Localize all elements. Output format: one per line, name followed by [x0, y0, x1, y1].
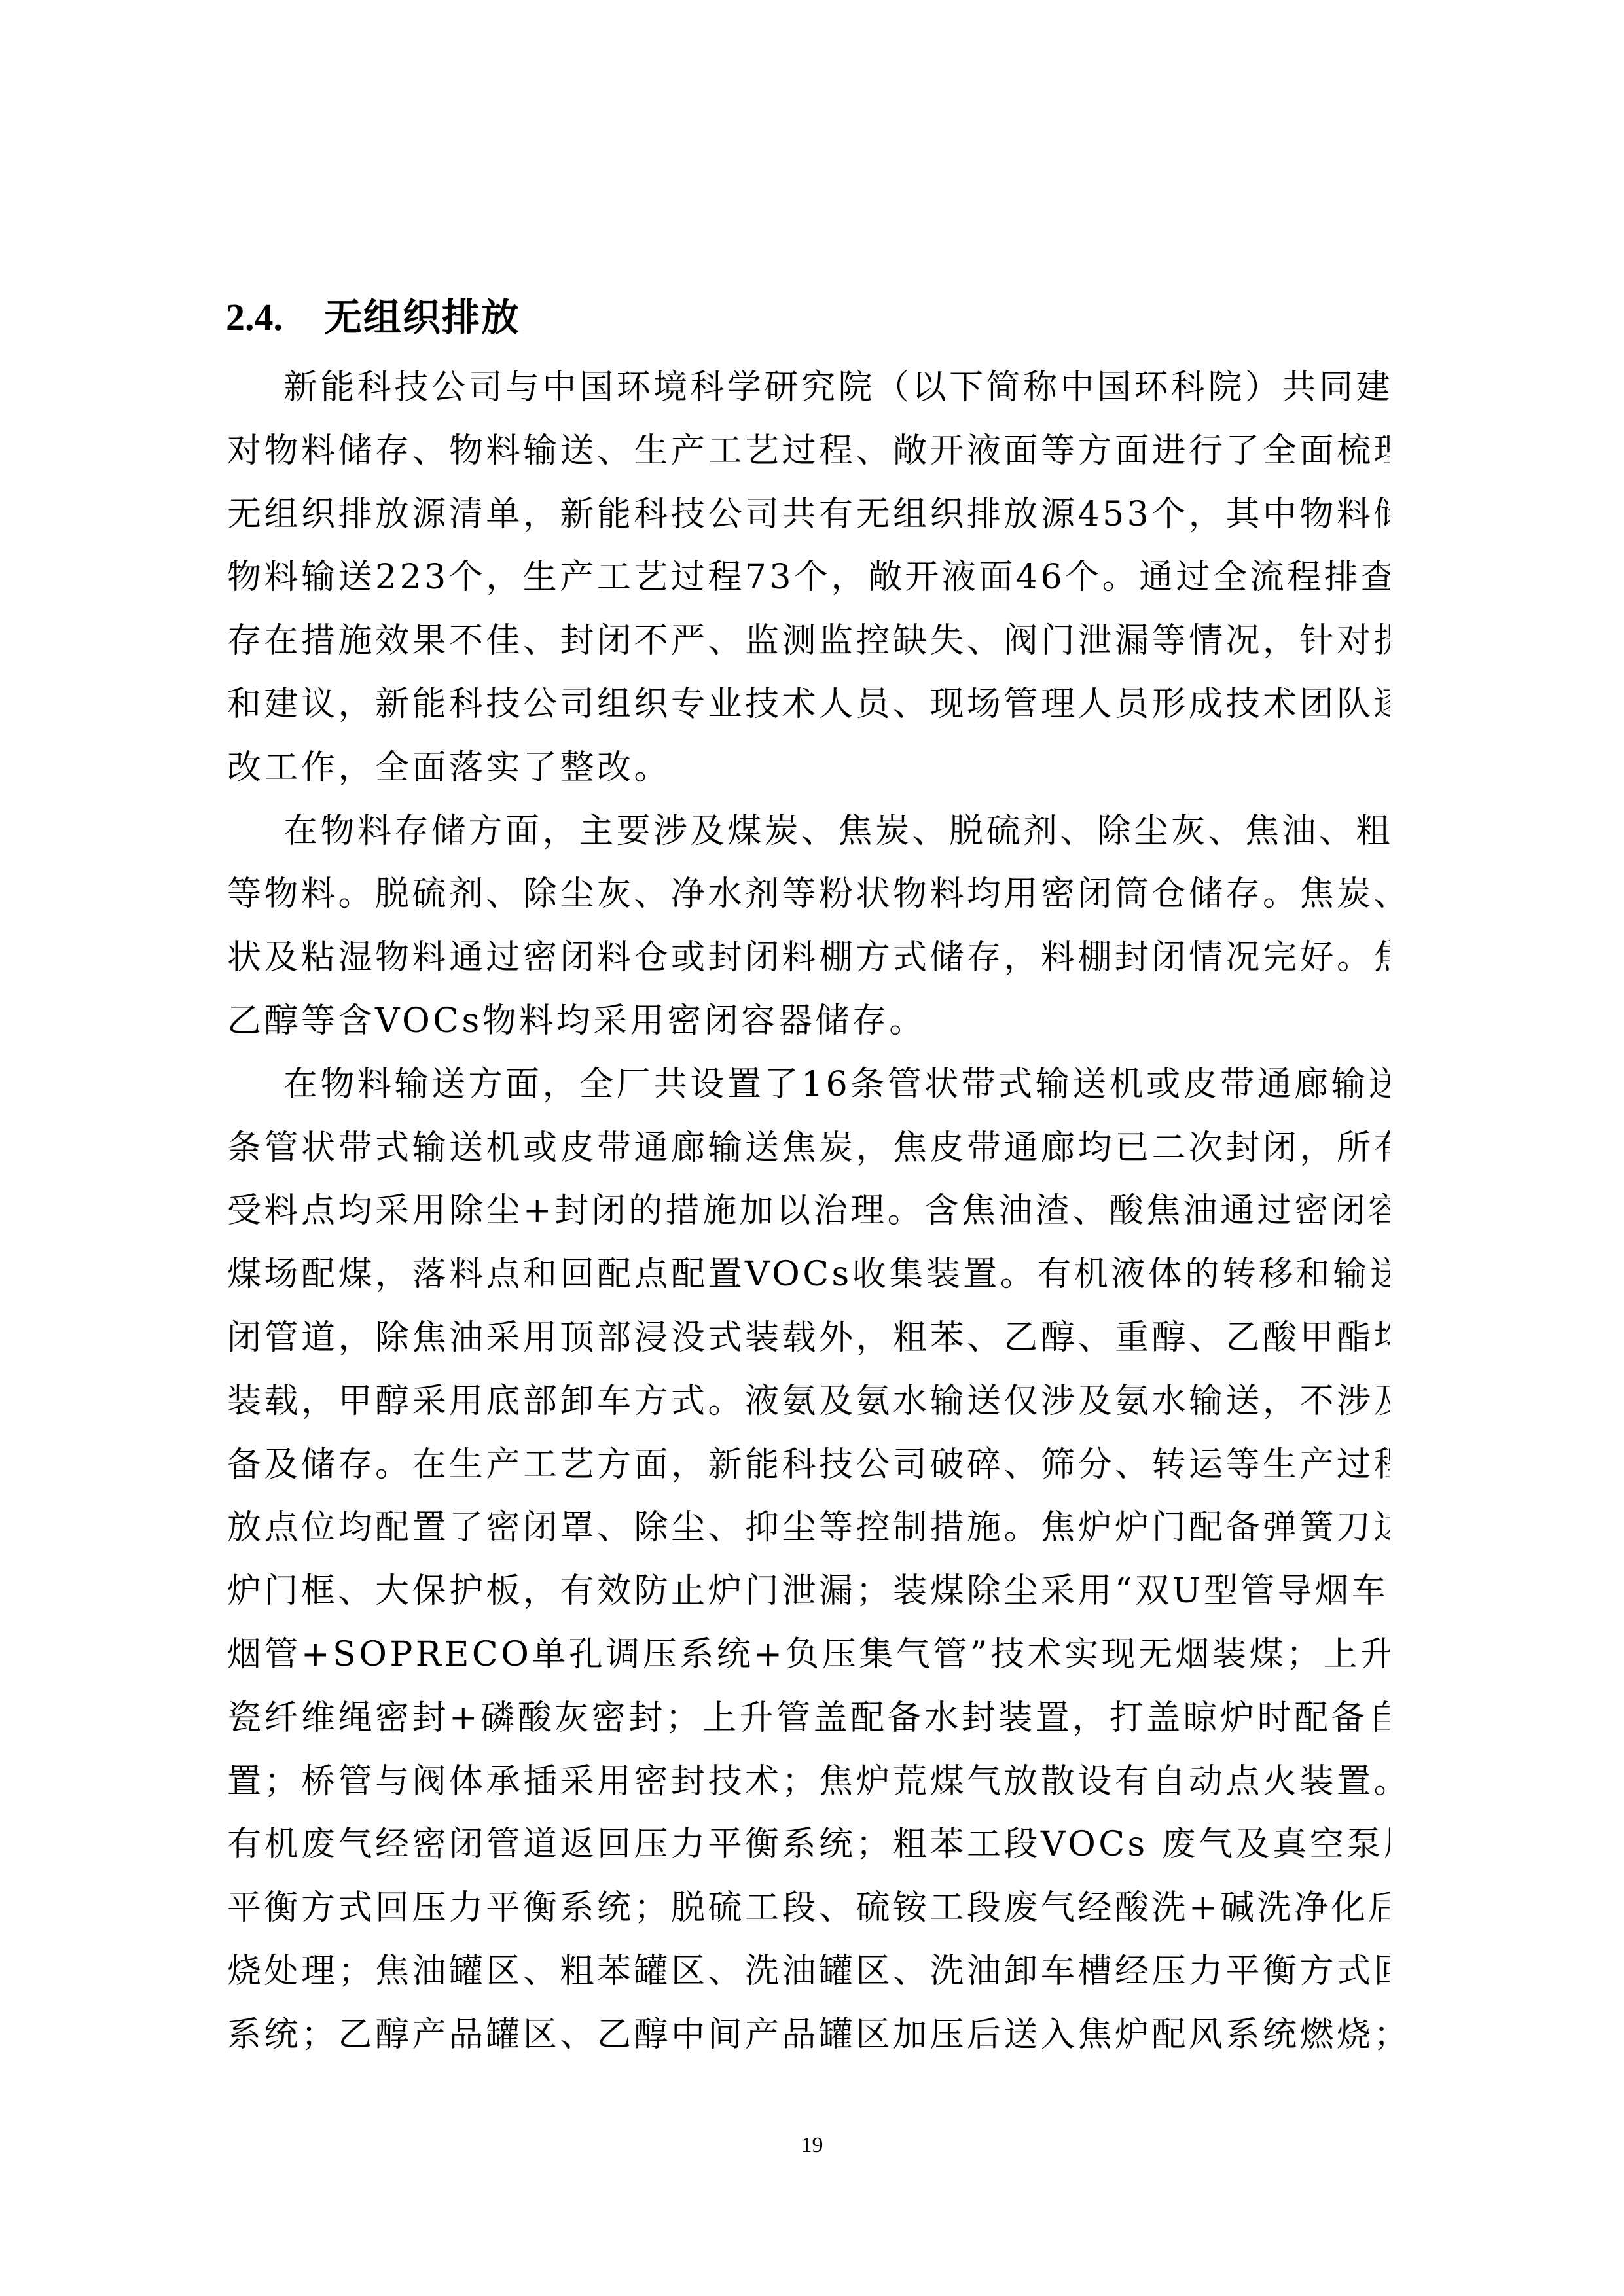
paragraph-material-storage: 在物料存储方面，主要涉及煤炭、焦炭、脱硫剂、除尘灰、焦油、粗苯、乙醇 等物料。脱…: [227, 800, 1390, 1053]
text-line: 改工作，全面落实了整改。: [227, 736, 1390, 800]
text-line: 煤场配煤，落料点和回配点配置VOCs收集装置。有机液体的转移和输送全部为密: [227, 1243, 1390, 1306]
document-page: 2.4. 无组织排放 新能科技公司与中国环境科学研究院（以下简称中国环科院）共同…: [0, 0, 1624, 2296]
body-text: 新能科技公司与中国环境科学研究院（以下简称中国环科院）共同建立工作组， 对物料储…: [227, 356, 1390, 2067]
section-title: 无组织排放: [324, 288, 520, 347]
text-line: 备及储存。在生产工艺方面，新能科技公司破碎、筛分、转运等生产过程无组织排: [227, 1433, 1390, 1497]
text-line: 无组织排放源清单，新能科技公司共有无组织排放源453个，其中物料储存111个，: [227, 483, 1390, 547]
text-line: 烟管+SOPRECO单孔调压系统+负压集气管”技术实现无烟装煤；上升管根部采用陶: [227, 1623, 1390, 1687]
text-line: 在物料输送方面，全厂共设置了16条管状带式输送机或皮带通廊输送煤炭，7: [227, 1053, 1390, 1117]
text-line: 瓷纤维绳密封+磷酸灰密封；上升管盖配备水封装置，打盖晾炉时配备自动点火装: [227, 1687, 1390, 1750]
text-line: 炉门框、大保护板，有效防止炉门泄漏；装煤除尘采用“双U型管导烟车+水封式导: [227, 1560, 1390, 1623]
text-line: 和建议，新能科技公司组织专业技术人员、现场管理人员形成技术团队逐一开展整: [227, 673, 1390, 736]
text-line: 状及粘湿物料通过密闭料仓或封闭料棚方式储存，料棚封闭情况完好。焦油、粗苯、: [227, 926, 1390, 990]
text-line: 在物料存储方面，主要涉及煤炭、焦炭、脱硫剂、除尘灰、焦油、粗苯、乙醇: [227, 800, 1390, 863]
text-line: 乙醇等含VOCs物料均采用密闭容器储存。: [227, 990, 1390, 1053]
text-line: 等物料。脱硫剂、除尘灰、净水剂等粉状物料均用密闭筒仓储存。焦炭、煤炭等块: [227, 863, 1390, 926]
page-number: 19: [0, 2132, 1624, 2159]
text-line: 闭管道，除焦油采用顶部浸没式装载外，粗苯、乙醇、重醇、乙酸甲酯均采用底部: [227, 1306, 1390, 1370]
text-line: 装载，甲醇采用底部卸车方式。液氨及氨水输送仅涉及氨水输送，不涉及卸载、制: [227, 1370, 1390, 1433]
text-line: 存在措施效果不佳、封闭不严、监测监控缺失、阀门泄漏等情况，针对提出的问题: [227, 609, 1390, 673]
text-line: 物料输送223个，生产工艺过程73个，敞开液面46个。通过全流程排查梳理，发现: [227, 546, 1390, 609]
text-line: 条管状带式输送机或皮带通廊输送焦炭，焦皮带通廊均已二次封闭，所有落料点、: [227, 1117, 1390, 1180]
text-line: 放点位均配置了密闭罩、除尘、抑尘等控制措施。焦炉炉门配备弹簧刀边炉门、厚: [227, 1496, 1390, 1560]
text-line: 对物料储存、物料输送、生产工艺过程、敞开液面等方面进行了全面梳理，建立了: [227, 420, 1390, 483]
section-number: 2.4.: [226, 288, 324, 347]
paragraph-material-conveying: 在物料输送方面，全厂共设置了16条管状带式输送机或皮带通廊输送煤炭，7 条管状带…: [227, 1053, 1390, 2067]
section-heading: 2.4. 无组织排放: [226, 288, 520, 347]
text-line: 受料点均采用除尘+封闭的措施加以治理。含焦油渣、酸焦油通过密闭容器转运至: [227, 1179, 1390, 1243]
text-line: 系统；乙醇产品罐区、乙醇中间产品罐区加压后送入焦炉配风系统燃烧；有机液体: [227, 2003, 1390, 2067]
text-line: 新能科技公司与中国环境科学研究院（以下简称中国环科院）共同建立工作组，: [227, 356, 1390, 420]
paragraph-overview: 新能科技公司与中国环境科学研究院（以下简称中国环科院）共同建立工作组， 对物料储…: [227, 356, 1390, 800]
text-line: 有机废气经密闭管道返回压力平衡系统；粗苯工段VOCs 废气及真空泵尾气经压力: [227, 1813, 1390, 1876]
text-line: 烧处理；焦油罐区、粗苯罐区、洗油罐区、洗油卸车槽经压力平衡方式回压力平衡: [227, 1940, 1390, 2003]
text-line: 置；桥管与阀体承插采用密封技术；焦炉荒煤气放散设有自动点火装置。冷鼓工段: [227, 1750, 1390, 1814]
text-line: 平衡方式回压力平衡系统；脱硫工段、硫铵工段废气经酸洗+碱洗净化后送焦炉燃: [227, 1876, 1390, 1940]
